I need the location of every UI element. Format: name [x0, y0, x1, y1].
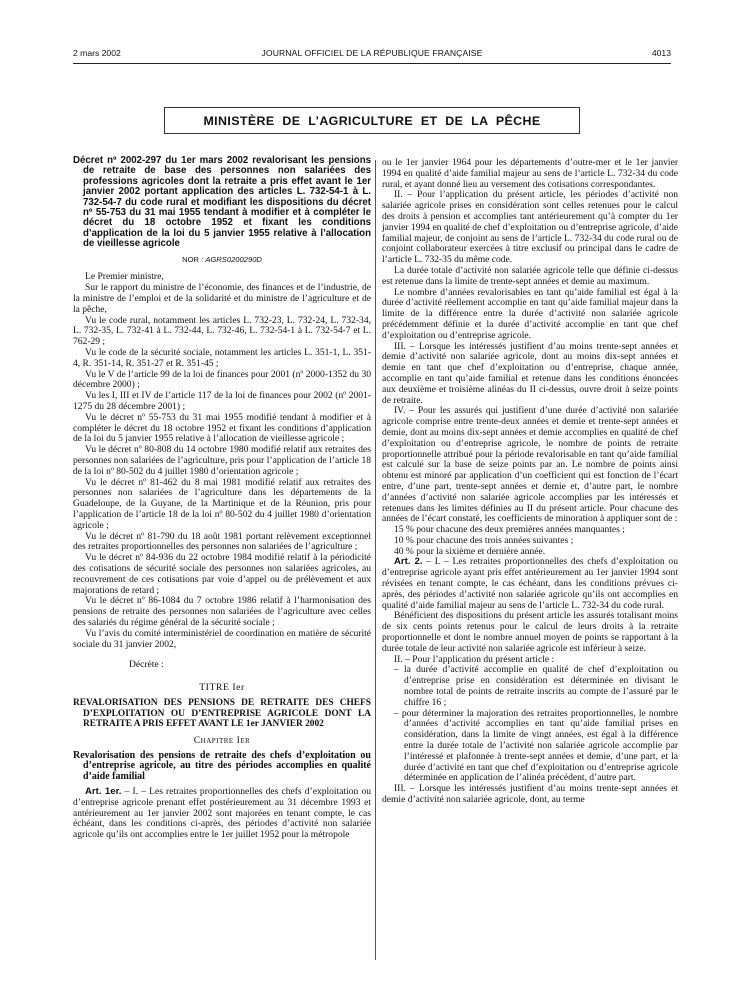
nor-value: AGRS0200290D [205, 255, 262, 264]
preamble-line: Vu le code de la sécurité sociale, notam… [73, 348, 371, 370]
article-1-paragraph-1: Art. 1er. – I. – Les retraites proportio… [73, 787, 371, 841]
article-2-list-item: – pour déterminer la majoration des retr… [382, 709, 678, 785]
chapitre-label: Chapitre Ier [73, 736, 371, 747]
journal-title: JOURNAL OFFICIEL DE LA RÉPUBLIQUE FRANÇA… [73, 48, 671, 58]
article-2-label: Art. 2. [394, 556, 423, 567]
article-1-paragraph: Le nombre d’années revalorisables en tan… [382, 288, 678, 342]
article-1-paragraph: La durée totale d’activité non salariée … [382, 266, 678, 288]
article-1-paragraph: II. – Pour l’application du présent arti… [382, 190, 678, 266]
decrete-label: Décrète : [73, 660, 371, 671]
preamble-line: Vu l’avis du comité interministériel de … [73, 629, 371, 651]
column-divider [375, 160, 376, 960]
article-2-paragraph: III. – Lorsque les intéressés justifient… [382, 784, 678, 806]
decree-title: Décret nº 2002-297 du 1er mars 2002 reva… [73, 156, 371, 250]
article-2-paragraph: Bénéficient des dispositions du présent … [382, 611, 678, 654]
left-column: Décret nº 2002-297 du 1er mars 2002 reva… [73, 156, 371, 841]
preamble-line: Vu le décret nº 55-753 du 31 mai 1955 mo… [73, 413, 371, 445]
article-2-list-item: – la durée d’activité accomplie en quali… [382, 665, 678, 708]
article-1-paragraph: III. – Lorsque les intéressés justifient… [382, 342, 678, 407]
article-1-continuation: ou le 1er janvier 1964 pour les départem… [382, 158, 678, 190]
preamble-line: Vu le code rural, notamment les articles… [73, 316, 371, 348]
preamble-line: Vu le décret nº 86-1084 du 7 octobre 198… [73, 596, 371, 628]
article-1-label: Art. 1er. [85, 786, 121, 797]
article-2-paragraph-1: Art. 2. – I. – Les retraites proportionn… [382, 557, 678, 611]
preamble-line: Vu le V de l’article 99 de la loi de fin… [73, 370, 371, 392]
article-1-paragraph: IV. – Pour les assurés qui justifient d’… [382, 406, 678, 525]
ministry-heading: MINISTÈRE DE L’AGRICULTURE ET DE LA PÊCH… [164, 107, 580, 134]
page-header: 2 mars 2002 JOURNAL OFFICIEL DE LA RÉPUB… [73, 45, 671, 64]
article-2-text: – I. – Les retraites proportionnelles de… [382, 556, 678, 610]
preamble-line: Vu le décret nº 81-462 du 8 mai 1981 mod… [73, 478, 371, 532]
preamble-line: Sur le rapport du ministre de l’économie… [73, 283, 371, 315]
titre-label: TITRE Ier [73, 683, 371, 694]
preamble-line: Vu le décret nº 84-936 du 22 octobre 198… [73, 553, 371, 596]
preamble-line: Vu le décret nº 80-808 du 14 octobre 198… [73, 445, 371, 477]
right-column: ou le 1er janvier 1964 pour les départem… [382, 158, 678, 806]
preamble-line: Vu le décret nº 81-790 du 18 août 1981 p… [73, 532, 371, 554]
nor-reference: NOR : AGRS0200290D [73, 255, 371, 266]
preamble-line: Vu les I, III et IV de l’article 117 de … [73, 391, 371, 413]
page-number: 4013 [652, 48, 671, 58]
chapitre-heading: Revalorisation des pensions de retraite … [73, 751, 371, 783]
nor-label: NOR : [182, 255, 203, 264]
titre-heading: REVALORISATION DES PENSIONS DE RETRAITE … [73, 698, 371, 730]
